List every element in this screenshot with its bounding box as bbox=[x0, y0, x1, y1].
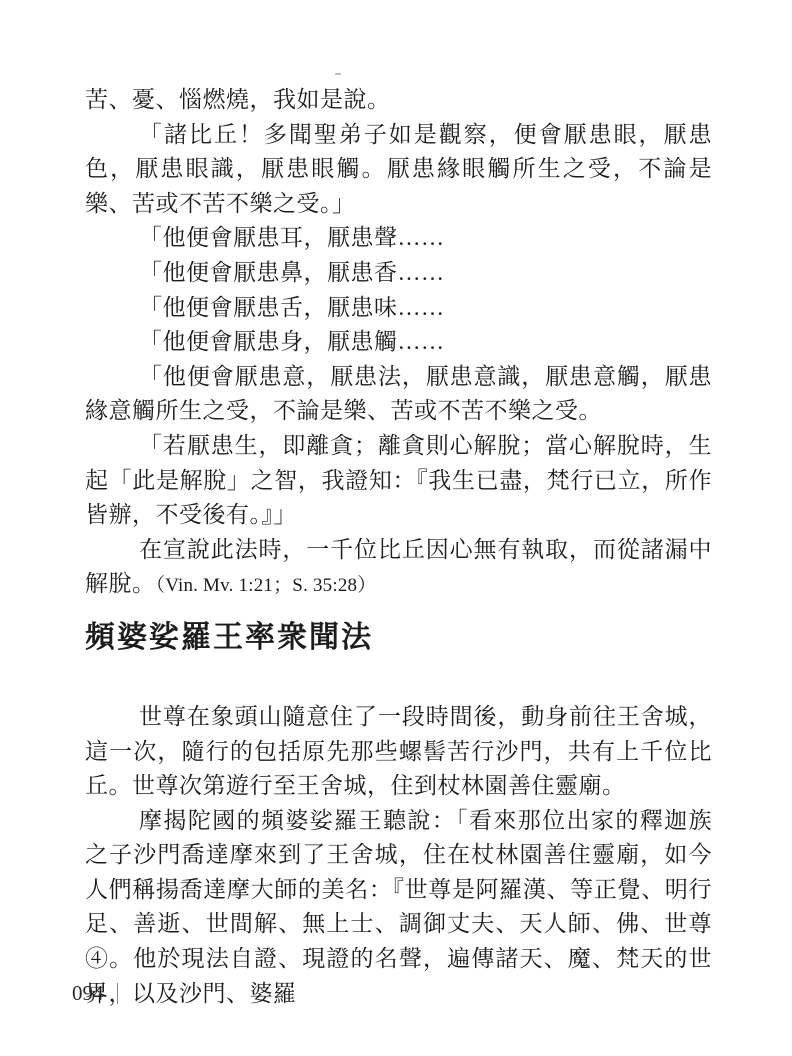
paragraph: 「他便會厭患身，厭患觸…… bbox=[85, 325, 712, 360]
paragraph: 「諸比丘！多聞聖弟子如是觀察，便會厭患眼，厭患色，厭患眼識，厭患眼觸。厭患緣眼觸… bbox=[85, 118, 712, 222]
paragraph: 苦、憂、惱燃燒，我如是說。 bbox=[85, 83, 712, 118]
page-number: 094 bbox=[72, 981, 104, 1006]
paragraph: 「他便會厭患鼻，厭患香…… bbox=[85, 256, 712, 291]
text-column: 苦、憂、惱燃燒，我如是說。「諸比丘！多聞聖弟子如是觀察，便會厭患眼，厭患色，厭患… bbox=[85, 83, 712, 1011]
paragraph: 摩揭陀國的頻婆娑羅王聽說：「看來那位出家的釋迦族之子沙門喬達摩來到了王舍城，住在… bbox=[85, 804, 712, 1012]
paragraph: 「他便會厭患舌，厭患味…… bbox=[85, 291, 712, 326]
paragraph: 「他便會厭患耳，厭患聲…… bbox=[85, 221, 712, 256]
page-footer: 094 bbox=[72, 981, 118, 1006]
paragraph: 「若厭患生，即離貪；離貪則心解脫；當心解脫時，生起「此是解脫」之智，我證知：『我… bbox=[85, 429, 712, 533]
paragraph: 「他便會厭患意，厭患法，厭患意識，厭患意觸，厭患緣意觸所生之受，不論是樂、苦或不… bbox=[85, 360, 712, 429]
paragraph: 世尊在象頭山隨意住了一段時間後，動身前往王舍城，這一次，隨行的包括原先那些螺髻苦… bbox=[85, 700, 712, 804]
scan-speck bbox=[335, 73, 341, 75]
book-page: 苦、憂、惱燃燒，我如是說。「諸比丘！多聞聖弟子如是觀察，便會厭患眼，厭患色，厭患… bbox=[0, 0, 792, 1056]
citation: （Vin. Mv. 1:21；S. 35:28） bbox=[156, 575, 377, 596]
section-heading: 頻婆娑羅王率衆聞法 bbox=[85, 622, 712, 654]
paragraph: 在宣說此法時，一千位比丘因心無有執取，而從諸漏中解脫。（Vin. Mv. 1:2… bbox=[85, 533, 712, 604]
footer-divider bbox=[117, 983, 118, 1004]
